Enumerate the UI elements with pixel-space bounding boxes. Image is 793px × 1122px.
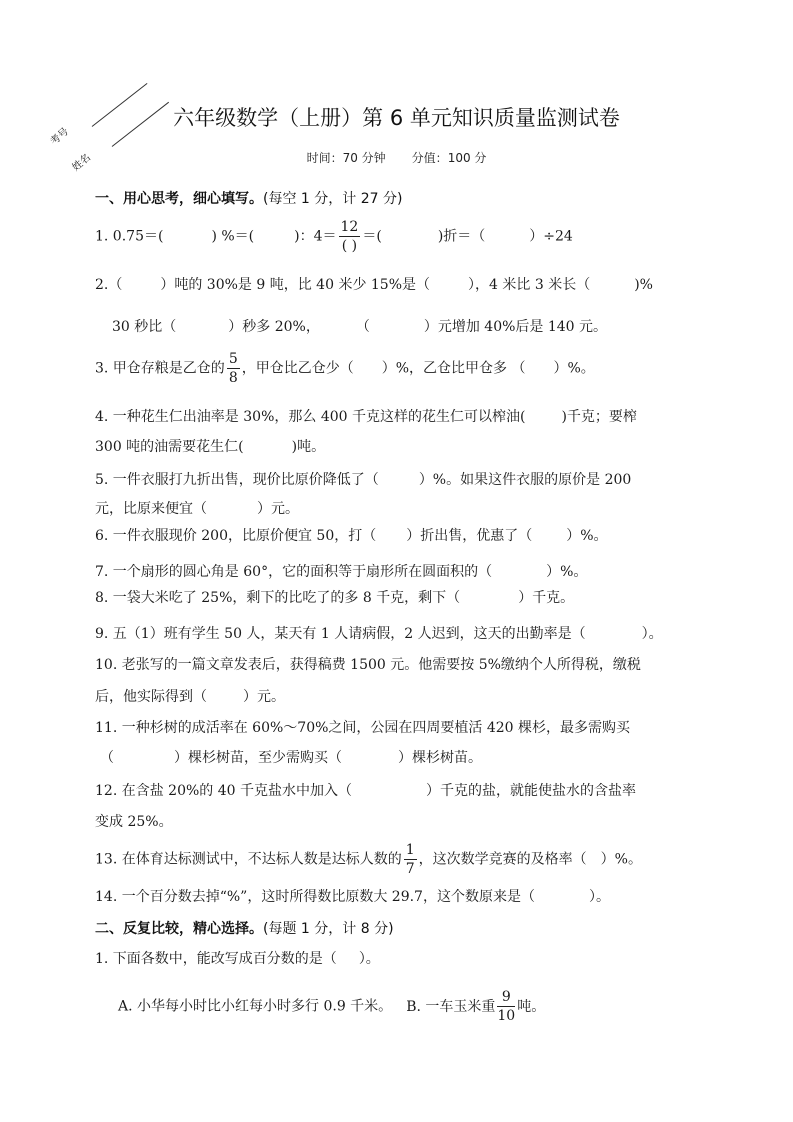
text: ）棵杉树苗，至少需购买（ (174, 750, 342, 766)
text: 3. 甲仓存粮是乙仓的 (95, 361, 225, 377)
text: 后，他实际得到（ (95, 689, 207, 705)
question-1-9: 9. 五（1）班有学生 50 人，某天有 1 人请病假，2 人迟到，这天的出勤率… (95, 625, 663, 643)
text: 14. 一个百分数去掉“%”，这时所得数比原数大 29.7，这个数原来是（ (95, 889, 535, 905)
text: ）吨的 30%是 9 吨，比 40 米少 15%是（ (160, 277, 430, 293)
text: ）%。 (554, 361, 595, 377)
text: 5. 一件衣服打九折出售，现价比原价降低了（ (95, 472, 379, 488)
text: ）%。 (566, 528, 607, 544)
fraction-denominator: 8 (227, 369, 240, 385)
text: )：4＝ (294, 229, 336, 245)
text: 11. 一种杉树的成活率在 60%～70%之间，公园在四周要植活 420 棵杉，… (95, 720, 630, 736)
text: ＝( (362, 229, 381, 245)
text: 变成 25%。 (95, 814, 173, 830)
fraction: 58 (227, 352, 240, 385)
question-1-8: 8. 一袋大米吃了 25%，剩下的比吃了的多 8 千克，剩下（）千克。 (95, 589, 574, 607)
fraction-denominator[interactable]: ( ) (339, 237, 361, 253)
fraction: 12( ) (339, 220, 361, 253)
text: )吨。 (292, 439, 325, 455)
question-2-1-stem: 1. 下面各数中，能改写成百分数的是（）。 (95, 950, 380, 968)
question-1-13: 13. 在体育达标测试中，不达标人数是达标人数的17，这次数学竞赛的及格率（）%… (95, 843, 642, 876)
question-1-11-line-1: 11. 一种杉树的成活率在 60%～70%之间，公园在四周要植活 420 棵杉，… (95, 719, 630, 737)
text: ）元。 (243, 689, 285, 705)
page-title: 六年级数学（上册）第 6 单元知识质量监测试卷 (0, 102, 793, 132)
text: ）千克的盐，就能使盐水的含盐率 (426, 783, 636, 799)
question-1-7: 7. 一个扇形的圆心角是 60°，它的面积等于扇形所在圆面积的（）%。 (95, 563, 587, 581)
text: ) %＝( (211, 229, 254, 245)
question-1-12-line-1: 12. 在含盐 20%的 40 千克盐水中加入（）千克的盐，就能使盐水的含盐率 (95, 782, 636, 800)
text: 2.（ (95, 277, 122, 293)
text: （ (100, 750, 114, 766)
text: ）元增加 40%后是 140 元。 (424, 319, 607, 335)
fraction: 17 (404, 843, 417, 876)
text: ）元。 (257, 501, 299, 517)
text: ）%。如果这件衣服的原价是 200 (419, 472, 631, 488)
text: 元，比原来便宜（ (95, 501, 207, 517)
section-2-heading: 二、反复比较，精心选择。(每题 1 分，计 8 分) (95, 918, 394, 938)
question-1-11-line-2: （）棵杉树苗，至少需购买（）棵杉树苗。 (100, 749, 482, 767)
question-1-4-line-1: 4. 一种花生仁出油率是 30%，那么 400 千克这样的花生仁可以榨油()千克… (95, 408, 637, 426)
exam-info: 时间：70 分钟分值：100 分 (0, 149, 793, 166)
section-1-title: 一、用心思考，细心填写。 (95, 191, 263, 207)
text: )千克；要榨 (561, 409, 636, 425)
fraction-denominator: 7 (404, 860, 417, 876)
text: )% (634, 277, 653, 293)
text: 1. 下面各数中，能改写成百分数的是（ (95, 951, 337, 967)
question-1-5-line-2: 元，比原来便宜（）元。 (95, 500, 299, 518)
text: 300 吨的油需要花生仁( (95, 439, 244, 455)
time-label: 时间： (307, 151, 343, 165)
score-value: 100 分 (448, 151, 487, 165)
section-2-title: 二、反复比较，精心选择。 (95, 921, 263, 937)
fraction-numerator: 12 (339, 220, 361, 237)
text: 6. 一件衣服现价 200，比原价便宜 50，打（ (95, 528, 376, 544)
question-1-3: 3. 甲仓存粮是乙仓的58，甲仓比乙仓少（）%，乙仓比甲仓多 （）%。 (95, 352, 595, 385)
question-1-10-line-1: 10. 老张写的一篇文章发表后，获得稿费 1500 元。他需要按 5%缴纳个人所… (95, 656, 641, 674)
text: ），4 米比 3 米长（ (468, 277, 590, 293)
fraction-numerator: 5 (227, 352, 240, 369)
text: 10. 老张写的一篇文章发表后，获得稿费 1500 元。他需要按 5%缴纳个人所… (95, 657, 641, 673)
text: ）。 (359, 951, 380, 967)
text: ）÷24 (529, 229, 573, 245)
text: ）折出售，优惠了（ (406, 528, 532, 544)
score-label: 分值： (412, 151, 448, 165)
text: 4. 一种花生仁出油率是 30%，那么 400 千克这样的花生仁可以榨油( (95, 409, 525, 425)
text: ）秒多 20%， (228, 319, 320, 335)
question-1-5-line-1: 5. 一件衣服打九折出售，现价比原价降低了（）%。如果这件衣服的原价是 200 (95, 471, 631, 489)
text: 12. 在含盐 20%的 40 千克盐水中加入（ (95, 783, 352, 799)
text: 8. 一袋大米吃了 25%，剩下的比吃了的多 8 千克，剩下（ (95, 590, 460, 606)
option-a[interactable]: A. 小华每小时比小红每小时多行 0.9 千米。 (118, 999, 392, 1015)
fraction: 910 (497, 990, 515, 1023)
question-2-1-options: A. 小华每小时比小红每小时多行 0.9 千米。B. 一车玉米重910吨。 (118, 990, 545, 1023)
text: ）%，乙仓比甲仓多 （ (382, 361, 526, 377)
question-1-2-line-2: 30 秒比（）秒多 20%，（）元增加 40%后是 140 元。 (112, 318, 607, 336)
text: ，这次数学竞赛的及格率（ (419, 852, 587, 868)
text: 吨。 (517, 999, 545, 1015)
section-1-note: (每空 1 分，计 27 分) (263, 191, 402, 207)
text: 7. 一个扇形的圆心角是 60°，它的面积等于扇形所在圆面积的（ (95, 564, 492, 580)
text: 1. 0.75＝( (95, 229, 163, 245)
fraction-numerator: 9 (497, 990, 515, 1007)
question-1-1: 1. 0.75＝() %＝()：4＝12( )＝()折＝（）÷24 (95, 220, 573, 253)
text: 9. 五（1）班有学生 50 人，某天有 1 人请病假，2 人迟到，这天的出勤率… (95, 626, 586, 642)
section-1-heading: 一、用心思考，细心填写。(每空 1 分，计 27 分) (95, 188, 402, 208)
text: 13. 在体育达标测试中，不达标人数是达标人数的 (95, 852, 402, 868)
question-1-4-line-2: 300 吨的油需要花生仁()吨。 (95, 438, 325, 456)
text: )折＝（ (438, 229, 485, 245)
question-1-14: 14. 一个百分数去掉“%”，这时所得数比原数大 29.7，这个数原来是（）。 (95, 888, 610, 906)
text: ）。 (642, 626, 663, 642)
section-2-note: (每题 1 分，计 8 分) (263, 921, 394, 937)
question-1-12-line-2: 变成 25%。 (95, 813, 173, 831)
text: ）%。 (601, 852, 642, 868)
option-b[interactable]: B. 一车玉米重910吨。 (406, 999, 545, 1015)
question-1-2-line-1: 2.（）吨的 30%是 9 吨，比 40 米少 15%是（），4 米比 3 米长… (95, 276, 653, 294)
text: （ (356, 319, 370, 335)
question-1-10-line-2: 后，他实际得到（）元。 (95, 688, 285, 706)
fraction-denominator: 10 (497, 1007, 515, 1023)
fraction-numerator: 1 (404, 843, 417, 860)
text: ）棵杉树苗。 (398, 750, 482, 766)
text: ）%。 (546, 564, 587, 580)
text: ，甲仓比乙仓少（ (242, 361, 354, 377)
text: 30 秒比（ (112, 319, 176, 335)
time-value: 70 分钟 (343, 151, 386, 165)
text: ）千克。 (518, 590, 574, 606)
question-1-6: 6. 一件衣服现价 200，比原价便宜 50，打（）折出售，优惠了（）%。 (95, 527, 608, 545)
text: B. 一车玉米重 (406, 999, 495, 1015)
text: ）。 (589, 889, 610, 905)
